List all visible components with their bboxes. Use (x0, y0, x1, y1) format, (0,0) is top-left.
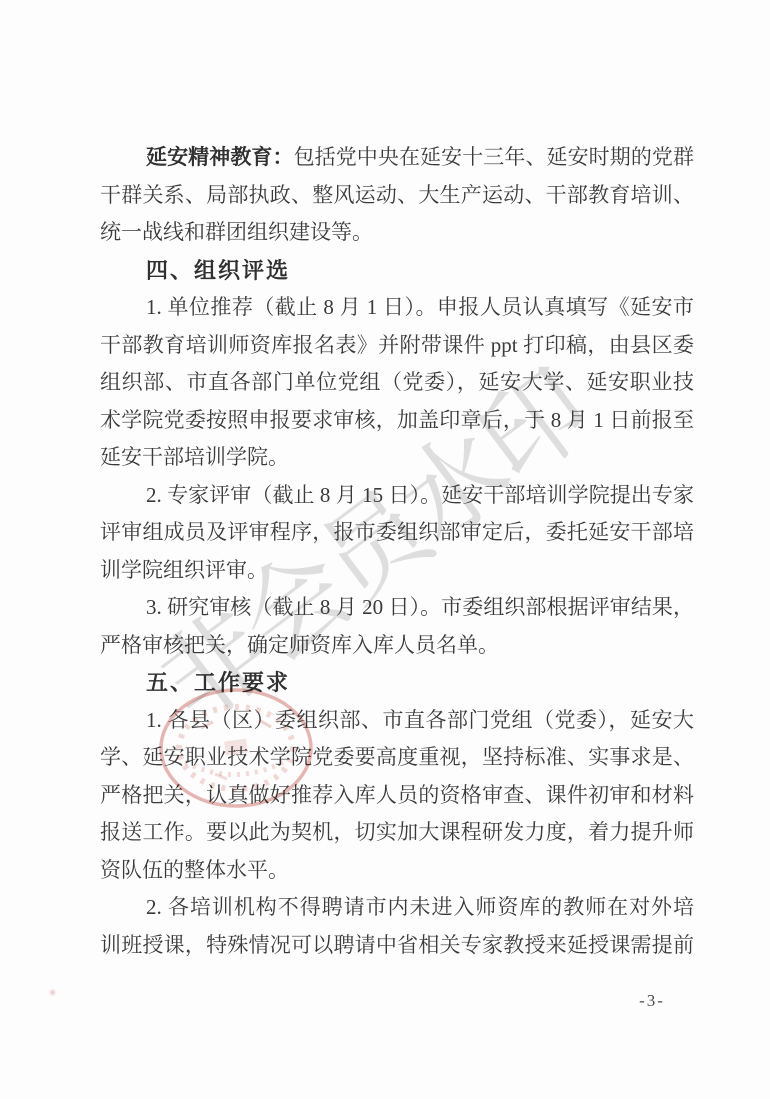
text-line: 评审组成员及评审程序，报市委组织部审定后，委托延安干部培 (100, 514, 694, 552)
text-line: 延安精神教育：包括党中央在延安十三年、延安时期的党群 (100, 139, 694, 177)
text-line: 报送工作。要以此为契机，切实加大课程研发力度，着力提升师 (100, 814, 694, 852)
text-line: 延安干部培训学院。 (100, 439, 694, 477)
text-line: 训学院组织评审。 (100, 552, 694, 590)
document-page: 非会员水印 延安精神教育：包括党中央在延安十三年、延安时期的党群干群关系、局部执… (0, 0, 770, 1099)
text-line: 统一战线和群团组织建设等。 (100, 214, 694, 252)
text-line: 资队伍的整体水平。 (100, 852, 694, 890)
section-heading: 四、组织评选 (100, 252, 694, 290)
text-line: 2. 专家评审（截止 8 月 15 日）。延安干部培训学院提出专家 (100, 477, 694, 515)
text-line: 组织部、市直各部门单位党组（党委），延安大学、延安职业技 (100, 364, 694, 402)
text-line: 1. 单位推荐（截止 8 月 1 日）。申报人员认真填写《延安市 (100, 289, 694, 327)
text-line: 2. 各培训机构不得聘请市内未进入师资库的教师在对外培 (100, 889, 694, 927)
text-line: 3. 研究审核（截止 8 月 20 日）。市委组织部根据评审结果， (100, 589, 694, 627)
text-line: 术学院党委按照申报要求审核，加盖印章后，于 8 月 1 日前报至 (100, 402, 694, 440)
text-line: 干群关系、局部执政、整风运动、大生产运动、干部教育培训、 (100, 177, 694, 215)
text-line: 学、延安职业技术学院党委要高度重视，坚持标准、实事求是、 (100, 739, 694, 777)
text-line: 严格把关，认真做好推荐入库人员的资格审查、课件初审和材料 (100, 777, 694, 815)
text-line: 严格审核把关，确定师资库入库人员名单。 (100, 627, 694, 665)
text-line: 训班授课，特殊情况可以聘请中省相关专家教授来延授课需提前 (100, 927, 694, 965)
stray-mark: 〃 (102, 417, 113, 433)
page-number: -3- (630, 991, 674, 1011)
text-line: 1. 各县（区）委组织部、市直各部门党组（党委），延安大 (100, 702, 694, 740)
bold-lead-text: 延安精神教育： (146, 146, 294, 169)
document-lines: 延安精神教育：包括党中央在延安十三年、延安时期的党群干群关系、局部执政、整风运动… (100, 139, 694, 964)
text-line: 干部教育培训师资库报名表》并附带课件 ppt 打印稿，由县区委 (100, 327, 694, 365)
section-heading: 五、工作要求 (100, 664, 694, 702)
scan-speck (50, 990, 55, 995)
